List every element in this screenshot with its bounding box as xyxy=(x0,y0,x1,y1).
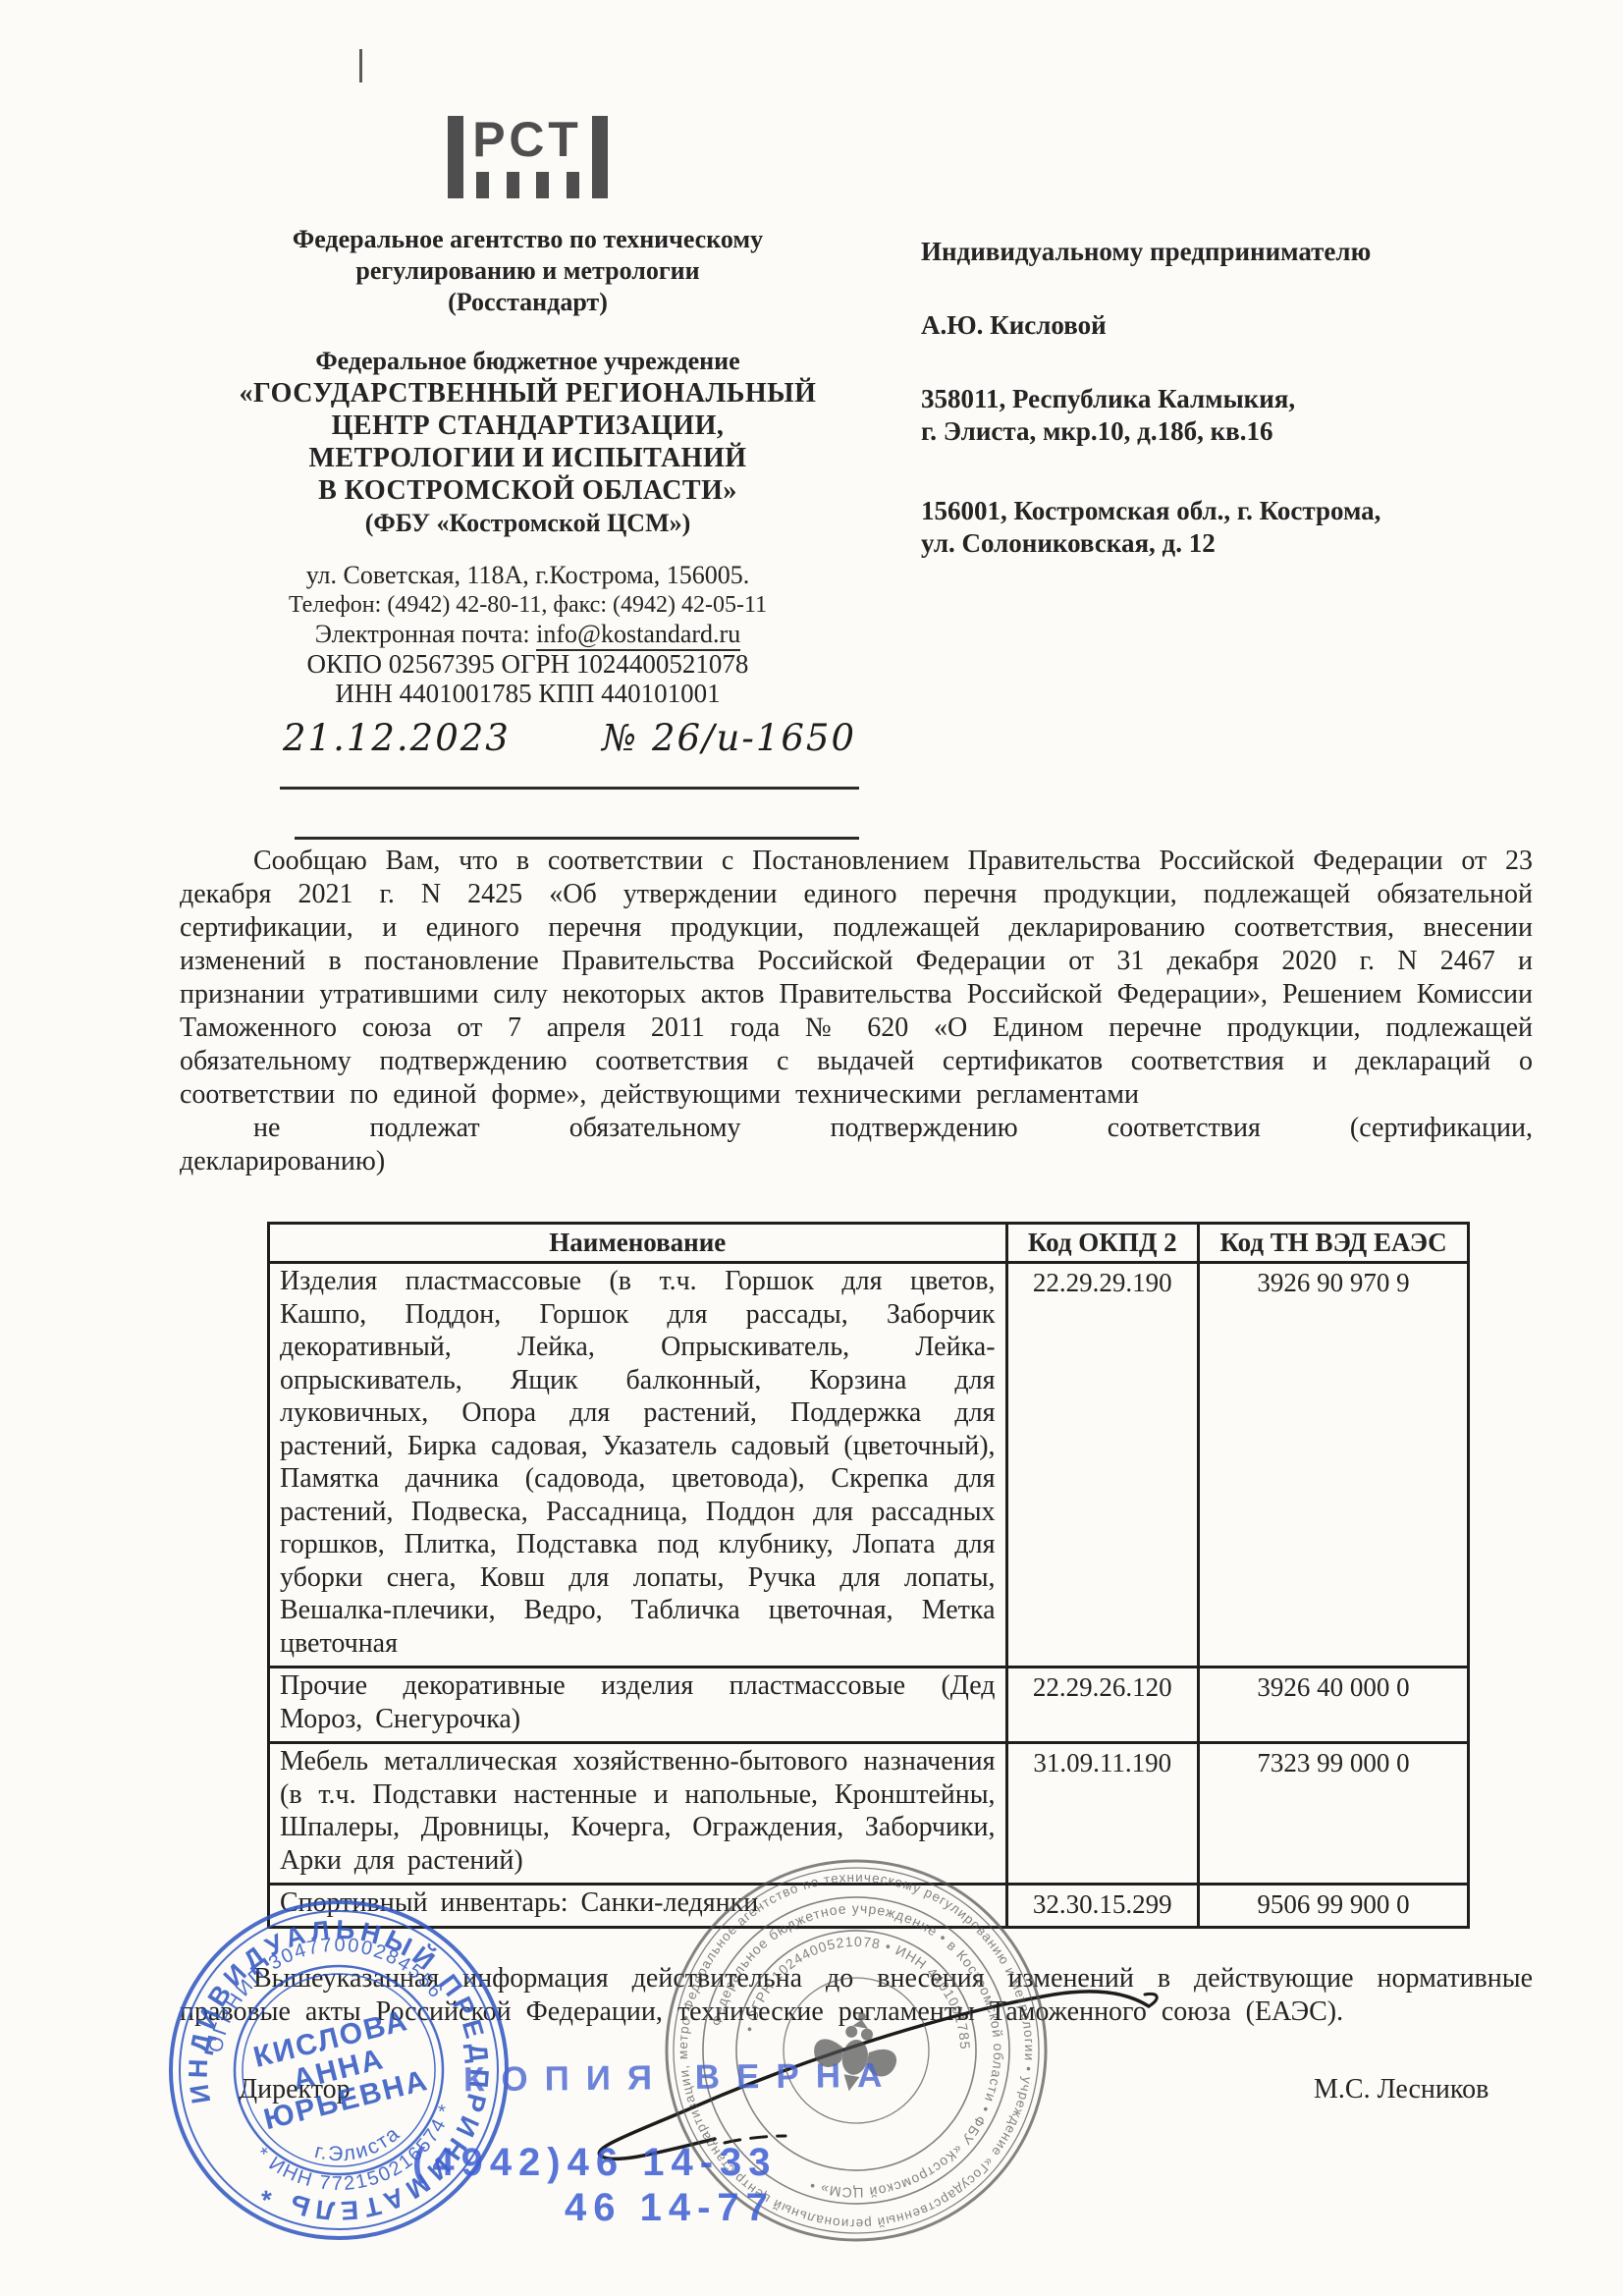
body-paragraph-1: Сообщаю Вам, что в соответствии с Постан… xyxy=(180,845,1533,1112)
row1-okpd2: 22.29.29.190 xyxy=(1006,1263,1199,1667)
org-name-line3: МЕТРОЛОГИИ И ИСПЫТАНИЙ xyxy=(182,442,874,474)
signer-name: М.С. Лесников xyxy=(1314,2074,1488,2105)
email-label: Электронная почта: xyxy=(315,620,536,648)
reg-line-rule-top xyxy=(280,787,859,790)
scanned-letter-page: РСТ Федеральное агентство по техническом… xyxy=(0,0,1623,2296)
row1-name: Изделия пластмассовые (в т.ч. Горшок для… xyxy=(269,1263,1007,1667)
addressee-address2-line1: 156001, Костромская обл., г. Кострома, xyxy=(921,495,1559,527)
rst-logo-letters: РСТ xyxy=(472,116,583,163)
col-header-okpd2: Код ОКПД 2 xyxy=(1006,1224,1199,1263)
org-okpo-ogrn: ОКПО 02567395 ОГРН 1024400521078 xyxy=(182,649,874,679)
email-address: info@kostandard.ru xyxy=(536,620,740,651)
scan-tick-mark xyxy=(359,49,362,82)
row2-tnved: 3926 40 000 0 xyxy=(1199,1667,1469,1743)
org-name-line2: ЦЕНТР СТАНДАРТИЗАЦИИ, xyxy=(182,410,874,442)
letter-body: Сообщаю Вам, что в соответствии с Постан… xyxy=(180,845,1533,1178)
agency-short-name: (Росстандарт) xyxy=(182,287,874,318)
table-row: Прочие декоративные изделия пластмассовы… xyxy=(269,1667,1469,1743)
addressee-address2-line2: ул. Солониковская, д. 12 xyxy=(921,527,1559,560)
org-email-line: Электронная почта: info@kostandard.ru xyxy=(182,620,874,649)
org-phone-fax: Телефон: (4942) 42-80-11, факс: (4942) 4… xyxy=(182,590,874,620)
reg-line-rule-bottom xyxy=(295,837,859,840)
table-header-row: Наименование Код ОКПД 2 Код ТН ВЭД ЕАЭС xyxy=(269,1224,1469,1263)
copy-verified-stamp: КОПИЯ ВЕРНА xyxy=(463,2056,899,2101)
letter-number-handwritten: № 26/и-1650 xyxy=(602,717,856,759)
row3-tnved: 7323 99 000 0 xyxy=(1199,1743,1469,1885)
rst-logo-right-bar xyxy=(592,116,608,198)
rst-logo-dashes xyxy=(472,172,583,198)
org-name-line4: В КОСТРОМСКОЙ ОБЛАСТИ» xyxy=(182,474,874,507)
letterhead: РСТ Федеральное агентство по техническом… xyxy=(182,116,874,708)
org-name-line1: «ГОСУДАРСТВЕННЫЙ РЕГИОНАЛЬНЫЙ xyxy=(182,377,874,410)
addressee-type: Индивидуальному предпринимателю xyxy=(921,236,1559,268)
table-row: Изделия пластмассовые (в т.ч. Горшок для… xyxy=(269,1263,1469,1667)
col-header-tnved: Код ТН ВЭД ЕАЭС xyxy=(1199,1224,1469,1263)
letter-date-handwritten: 21.12.2023 xyxy=(283,717,511,759)
addressee-address1-line2: г. Элиста, мкр.10, д.18б, кв.16 xyxy=(921,415,1559,448)
row2-name: Прочие декоративные изделия пластмассовы… xyxy=(269,1667,1007,1743)
row1-tnved: 3926 90 970 9 xyxy=(1199,1263,1469,1667)
org-short-name: (ФБУ «Костромской ЦСМ») xyxy=(182,507,874,539)
row4-tnved: 9506 99 900 0 xyxy=(1199,1885,1469,1928)
phone-stamp-line2: 46 14-77 xyxy=(565,2186,775,2230)
row3-okpd2: 31.09.11.190 xyxy=(1006,1743,1199,1885)
addressee-name: А.Ю. Кисловой xyxy=(921,309,1559,342)
registration-line: 21.12.2023 № 26/и-1650 xyxy=(283,717,856,759)
addressee-address1-line1: 358011, Республика Калмыкия, xyxy=(921,383,1559,415)
org-inn-kpp: ИНН 4401001785 КПП 440101001 xyxy=(182,679,874,708)
row2-okpd2: 22.29.26.120 xyxy=(1006,1667,1199,1743)
agency-name-line1: Федеральное агентство по техническому xyxy=(182,224,874,255)
org-type: Федеральное бюджетное учреждение xyxy=(182,346,874,377)
org-address: ул. Советская, 118А, г.Кострома, 156005. xyxy=(182,561,874,590)
agency-name-line2: регулированию и метрологии xyxy=(182,255,874,287)
addressee-block: Индивидуальному предпринимателю А.Ю. Кис… xyxy=(921,236,1559,560)
body-paragraph-2: не подлежат обязательному подтверждению … xyxy=(180,1112,1533,1178)
phone-stamp-line1: (4942)46 14-33 xyxy=(412,2141,778,2185)
col-header-name: Наименование xyxy=(269,1224,1007,1263)
rst-logo-left-bar xyxy=(448,116,463,198)
products-table: Наименование Код ОКПД 2 Код ТН ВЭД ЕАЭС … xyxy=(267,1222,1470,1929)
rst-logo: РСТ xyxy=(182,116,874,198)
